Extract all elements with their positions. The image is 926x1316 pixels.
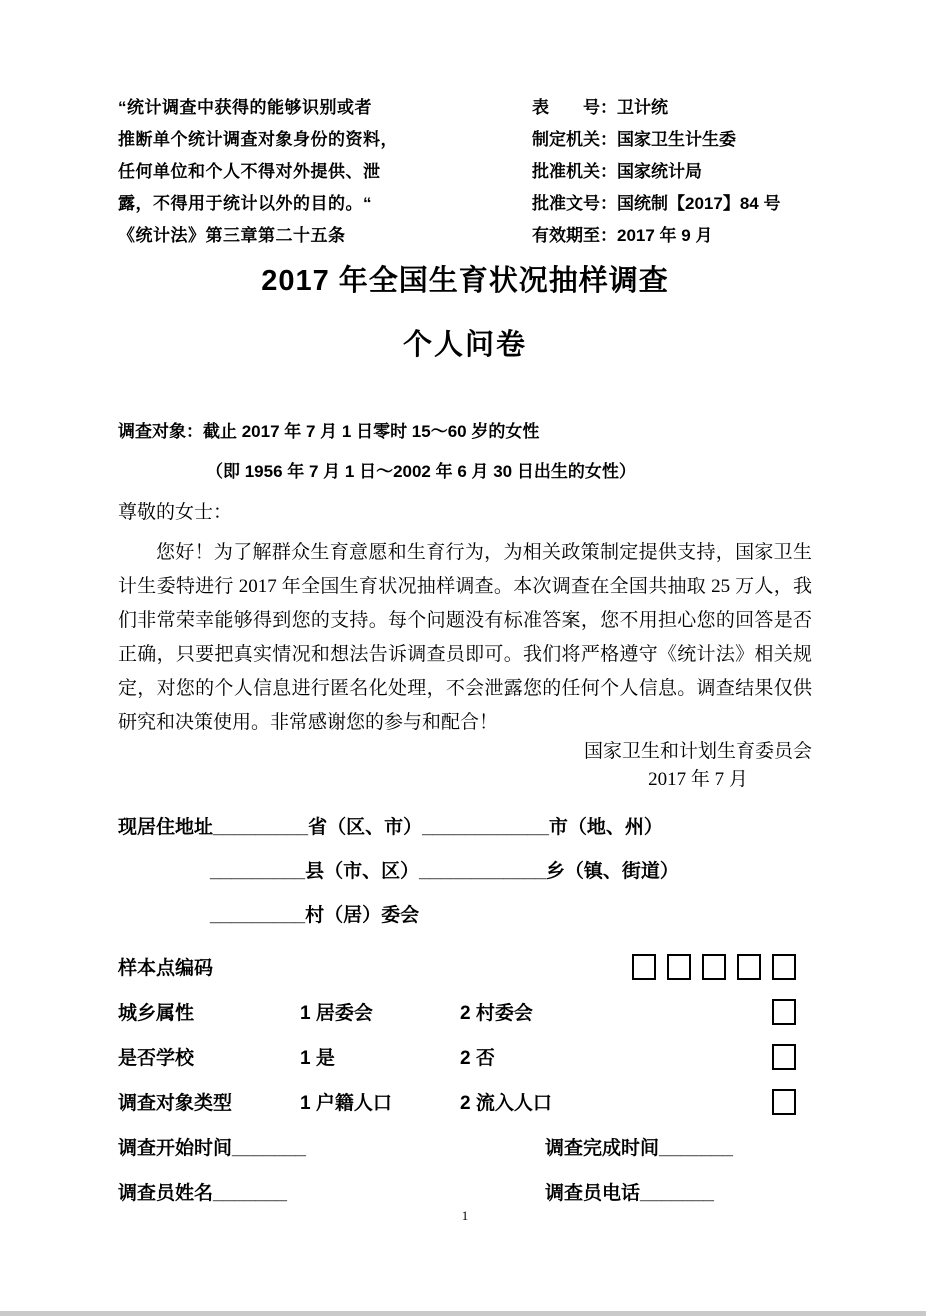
survey-target-line1: 调查对象：截止 2017 年 7 月 1 日零时 15～60 岁的女性 <box>118 412 812 452</box>
coding-section: 样本点编码 城乡属性 1 居委会 2 村委会 是否学校 <box>118 944 812 1124</box>
sample-code-boxes <box>632 954 796 980</box>
meta-row-approving-agency: 批准机关： 国家统计局 <box>532 156 812 188</box>
meta-value: 国家统计局 <box>617 156 702 188</box>
footer-row-times: 调查开始时间_______ 调查完成时间_______ <box>118 1124 812 1169</box>
signature-block: 国家卫生和计划生育委员会 2017 年 7 月 <box>584 738 812 794</box>
code-box[interactable] <box>632 954 656 980</box>
code-box[interactable] <box>772 954 796 980</box>
row-label: 城乡属性 <box>118 998 300 1025</box>
row-sample-point-code: 样本点编码 <box>118 944 812 989</box>
legal-notice: “统计调查中获得的能够识别或者 推断单个统计调查对象身份的资料， 任何单位和个人… <box>118 92 513 252</box>
option-1: 1 居委会 <box>300 998 460 1025</box>
meta-value: 国家卫生计生委 <box>617 124 736 156</box>
field-interviewer-name: 调查员姓名_______ <box>118 1178 545 1205</box>
row-label: 是否学校 <box>118 1043 300 1070</box>
legal-notice-line: “统计调查中获得的能够识别或者 <box>118 92 513 124</box>
intro-paragraph: 您好！为了解群众生育意愿和生育行为，为相关政策制定提供支持，国家卫生计生委特进行… <box>118 536 812 740</box>
option-1: 1 是 <box>300 1043 460 1070</box>
meta-value: 2017 年 9 月 <box>617 220 712 252</box>
legal-notice-line: 推断单个统计调查对象身份的资料， <box>118 124 513 156</box>
salutation: 尊敬的女士： <box>118 498 812 528</box>
meta-row-approval-document: 批准文号： 国统制【2017】84 号 <box>532 188 812 220</box>
answer-box-group <box>772 999 796 1025</box>
field-interviewer-phone: 调查员电话_______ <box>545 1178 714 1205</box>
meta-label: 表 号： <box>532 92 617 124</box>
meta-row-issuing-agency: 制定机关： 国家卫生计生委 <box>532 124 812 156</box>
code-box[interactable] <box>702 954 726 980</box>
survey-target: 调查对象：截止 2017 年 7 月 1 日零时 15～60 岁的女性 （即 1… <box>118 412 812 492</box>
page-number: 1 <box>118 1208 812 1224</box>
survey-target-line2: （即 1956 年 7 月 1 日～2002 年 6 月 30 日出生的女性） <box>118 452 812 492</box>
address-line-province: 现居住地址_________省（区、市）____________市（地、州） <box>118 806 812 850</box>
document-subtitle: 个人问卷 <box>118 326 812 364</box>
legal-notice-line: 露，不得用于统计以外的目的。“ <box>118 188 513 220</box>
meta-row-valid-until: 有效期至： 2017 年 9 月 <box>532 220 812 252</box>
page-bottom-edge <box>0 1311 926 1316</box>
option-2: 2 村委会 <box>460 998 533 1025</box>
address-line-county: _________县（市、区）____________乡（镇、街道） <box>118 850 812 894</box>
option-2: 2 流入人口 <box>460 1088 552 1115</box>
meta-label: 有效期至： <box>532 220 617 252</box>
signature-org: 国家卫生和计划生育委员会 <box>584 738 812 766</box>
code-box[interactable] <box>667 954 691 980</box>
code-box[interactable] <box>772 1044 796 1070</box>
answer-box-group <box>772 1089 796 1115</box>
address-line-village: _________村（居）委会 <box>118 894 812 938</box>
code-box[interactable] <box>737 954 761 980</box>
option-1: 1 户籍人口 <box>300 1088 460 1115</box>
code-box[interactable] <box>772 999 796 1025</box>
meta-value: 卫计统 <box>617 92 668 124</box>
legal-notice-line: 任何单位和个人不得对外提供、泄 <box>118 156 513 188</box>
answer-box-group <box>772 1044 796 1070</box>
legal-notice-line: 《统计法》第三章第二十五条 <box>118 220 513 252</box>
page-content: “统计调查中获得的能够识别或者 推断单个统计调查对象身份的资料， 任何单位和个人… <box>0 92 926 1224</box>
signature-date: 2017 年 7 月 <box>584 766 812 794</box>
meta-label: 制定机关： <box>532 124 617 156</box>
row-respondent-type: 调查对象类型 1 户籍人口 2 流入人口 <box>118 1079 812 1124</box>
document-title: 2017 年全国生育状况抽样调查 <box>118 262 812 300</box>
option-2: 2 否 <box>460 1043 495 1070</box>
field-end-time: 调查完成时间_______ <box>545 1133 733 1160</box>
meta-label: 批准文号： <box>532 188 617 220</box>
meta-value: 国统制【2017】84 号 <box>617 188 780 220</box>
form-meta: 表 号： 卫计统 制定机关： 国家卫生计生委 批准机关： 国家统计局 批准文号：… <box>532 92 812 252</box>
row-is-school: 是否学校 1 是 2 否 <box>118 1034 812 1079</box>
row-urban-rural: 城乡属性 1 居委会 2 村委会 <box>118 989 812 1034</box>
code-box[interactable] <box>772 1089 796 1115</box>
row-label: 样本点编码 <box>118 953 300 980</box>
meta-label: 批准机关： <box>532 156 617 188</box>
field-start-time: 调查开始时间_______ <box>118 1133 545 1160</box>
questionnaire-page: “统计调查中获得的能够识别或者 推断单个统计调查对象身份的资料， 任何单位和个人… <box>0 0 926 1316</box>
row-label: 调查对象类型 <box>118 1088 300 1115</box>
meta-row-form-number: 表 号： 卫计统 <box>532 92 812 124</box>
address-block: 现居住地址_________省（区、市）____________市（地、州） _… <box>118 806 812 938</box>
header-block: “统计调查中获得的能够识别或者 推断单个统计调查对象身份的资料， 任何单位和个人… <box>118 92 812 252</box>
